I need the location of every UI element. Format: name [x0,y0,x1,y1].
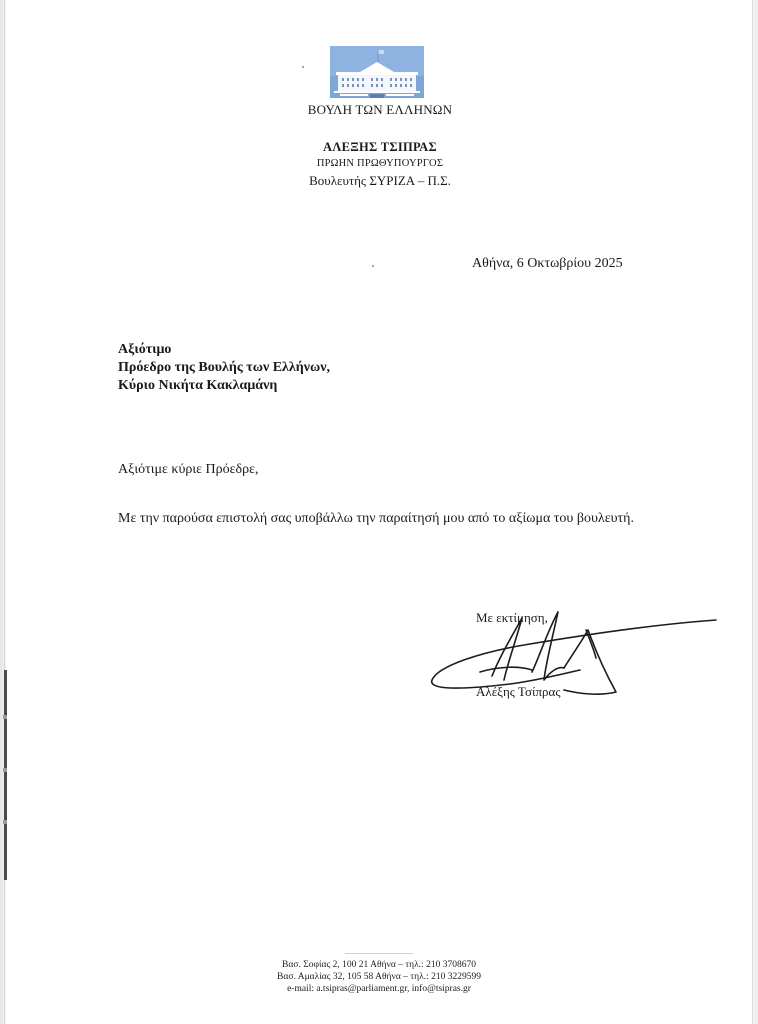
recipient-line: Αξιότιμο [118,341,330,359]
binding-hole [3,715,7,719]
sender-name: ΑΛΕΞΗΣ ΤΣΙΠΡΑΣ [260,140,500,155]
binding-hole [3,820,7,824]
footer-address-2: Βασ. Αμαλίας 32, 105 58 Αθήνα – τηλ.: 21… [200,971,558,983]
scan-speck [302,66,304,68]
footer-email: e-mail: a.tsipras@parliament.gr, info@ts… [200,983,558,995]
salutation: Αξιότιμε κύριε Πρόεδρε, [118,462,258,478]
binding-hole [3,768,7,772]
handwritten-signature-icon [420,600,740,710]
footer-address-1: Βασ. Σοφίας 2, 100 21 Αθήνα – τηλ.: 210 … [200,959,558,971]
scan-speck [372,265,374,267]
footer-rule [345,953,413,954]
recipient-block: Αξιότιμο Πρόεδρο της Βουλής των Ελλήνων,… [118,341,330,395]
binding-shadow [4,670,7,880]
letter-date: Αθήνα, 6 Οκτωβρίου 2025 [472,256,623,272]
recipient-line: Κύριο Νικήτα Κακλαμάνη [118,377,330,395]
hellenic-parliament-building-icon [330,46,424,102]
footer-contact: Βασ. Σοφίας 2, 100 21 Αθήνα – τηλ.: 210 … [200,959,558,995]
sender-role: Βουλευτής ΣΥΡΙΖΑ – Π.Σ. [260,173,500,189]
letter-body: Με την παρούσα επιστολή σας υποβάλλω την… [118,509,638,528]
closing: Με εκτίμηση, [476,610,548,626]
page-edge-right-line [752,0,753,1024]
recipient-line: Πρόεδρο της Βουλής των Ελλήνων, [118,359,330,377]
sender-title: ΠΡΩΗΝ ΠΡΩΘΥΠΟΥΡΓΟΣ [260,158,500,169]
signer-name: Αλέξης Τσίπρας [476,684,560,700]
org-name: ΒΟΥΛΗ ΤΩΝ ΕΛΛΗΝΩΝ [290,102,470,118]
